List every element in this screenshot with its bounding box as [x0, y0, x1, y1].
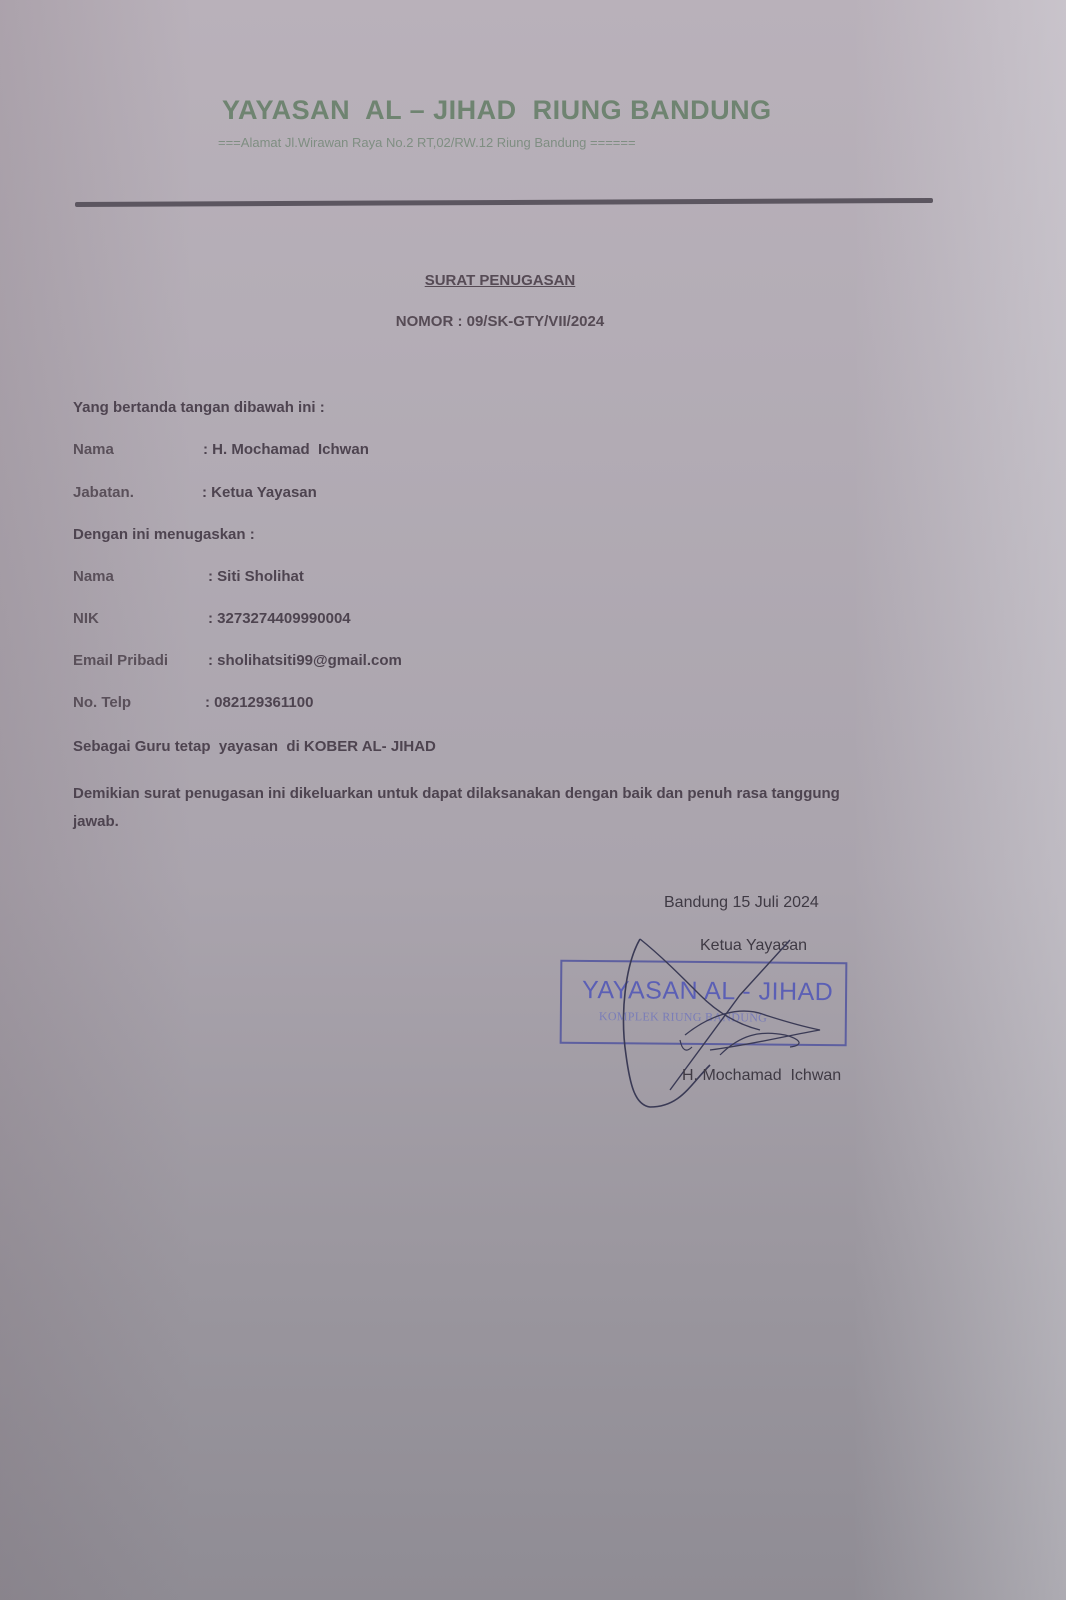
- assignee-phone-label: No. Telp: [73, 694, 131, 711]
- assignee-name-label: Nama: [73, 568, 114, 585]
- signatory-position-label: Jabatan.: [73, 484, 134, 501]
- document-title: SURAT PENUGASAN: [0, 272, 1000, 289]
- letterhead-divider: [75, 198, 933, 207]
- assignee-email-label: Email Pribadi: [73, 652, 168, 669]
- letterhead-organization: YAYASAN AL – JIHAD RIUNG BANDUNG: [222, 95, 782, 126]
- signatory-intro: Yang bertanda tangan dibawah ini :: [73, 399, 325, 416]
- assignee-nik-value: : 3273274409990004: [208, 610, 351, 627]
- document-page: YAYASAN AL – JIHAD RIUNG BANDUNG ===Alam…: [0, 0, 1066, 1600]
- signatory-position-value: : Ketua Yayasan: [202, 484, 317, 501]
- closing-paragraph: Demikian surat penugasan ini dikeluarkan…: [73, 780, 873, 836]
- assignee-name-value: : Siti Sholihat: [208, 568, 304, 585]
- assignee-phone-value: : 082129361100: [205, 694, 313, 711]
- document-number: NOMOR : 09/SK-GTY/VII/2024: [0, 313, 1000, 330]
- signature-name: H. Mochamad Ichwan: [682, 1067, 841, 1085]
- signatory-name-value: : H. Mochamad Ichwan: [203, 441, 369, 458]
- letterhead-address: ===Alamat Jl.Wirawan Raya No.2 RT,02/RW.…: [218, 135, 798, 150]
- assignment-intro: Dengan ini menugaskan :: [73, 526, 255, 543]
- signature-place-date: Bandung 15 Juli 2024: [664, 894, 819, 912]
- assignment-role: Sebagai Guru tetap yayasan di KOBER AL- …: [73, 738, 436, 755]
- assignee-email-value: : sholihatsiti99@gmail.com: [208, 652, 402, 669]
- signatory-name-label: Nama: [73, 441, 114, 458]
- assignee-nik-label: NIK: [73, 610, 99, 627]
